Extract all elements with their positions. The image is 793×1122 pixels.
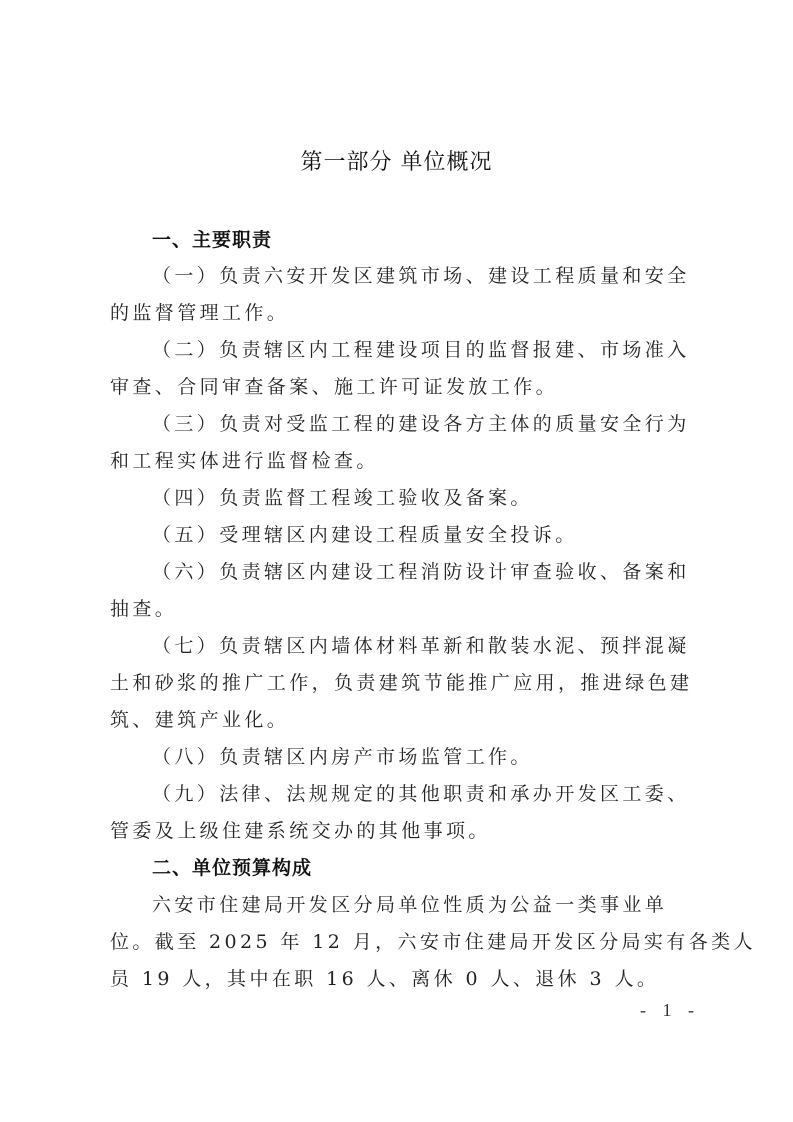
paragraph-line: 员 19 人，其中在职 16 人、离休 0 人、退休 3 人。	[110, 961, 659, 997]
paragraph-line: 审查、合同审查备案、施工许可证发放工作。	[110, 369, 558, 405]
paragraph-line: 抽查。	[110, 591, 177, 627]
section-heading-budget-composition: 二、单位预算构成	[152, 850, 312, 886]
section-heading-main-duties: 一、主要职责	[152, 222, 272, 258]
paragraph-line: （六）负责辖区内建设工程消防设计审查验收、备案和	[152, 554, 690, 590]
paragraph-line: 和工程实体进行监督检查。	[110, 443, 379, 479]
paragraph-line: 的监督管理工作。	[110, 295, 289, 331]
paragraph-line: 筑、建筑产业化。	[110, 702, 289, 738]
document-page: 第一部分 单位概况 一、主要职责 （一）负责六安开发区建筑市场、建设工程质量和安…	[0, 0, 793, 1122]
page-number: - 1 -	[640, 1000, 700, 1021]
paragraph-line: （九）法律、法规规定的其他职责和承办开发区工委、	[152, 776, 690, 812]
paragraph-line: 土和砂浆的推广工作，负责建筑节能推广应用，推进绿色建	[110, 665, 692, 701]
page-title: 第一部分 单位概况	[0, 145, 793, 176]
paragraph-line: 位。截至 2025 年 12 月，六安市住建局开发区分局实有各类人	[110, 924, 756, 960]
paragraph-line: （二）负责辖区内工程建设项目的监督报建、市场准入	[152, 332, 690, 368]
paragraph-line: （八）负责辖区内房产市场监管工作。	[152, 739, 533, 775]
paragraph-line: （一）负责六安开发区建筑市场、建设工程质量和安全	[152, 258, 690, 294]
paragraph-line: （七）负责辖区内墙体材料革新和散装水泥、预拌混凝	[152, 628, 690, 664]
paragraph-line: （三）负责对受监工程的建设各方主体的质量安全行为	[152, 406, 690, 442]
paragraph-line: 管委及上级住建系统交办的其他事项。	[110, 813, 491, 849]
paragraph-line: （五）受理辖区内建设工程质量安全投诉。	[152, 517, 578, 553]
paragraph-line: 六安市住建局开发区分局单位性质为公益一类事业单	[152, 887, 667, 923]
paragraph-line: （四）负责监督工程竣工验收及备案。	[152, 480, 533, 516]
